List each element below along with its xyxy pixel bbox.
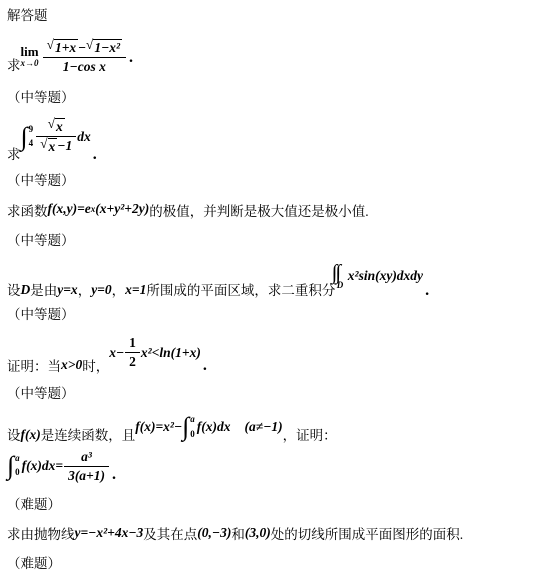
fraction: √ 1+x − √ 1−x² 1−cos x — [43, 39, 126, 75]
fraction-denominator: 1−cos x — [43, 57, 126, 75]
separator-comma: ， — [112, 282, 126, 300]
inequality-formula: x− 1 2 x² <ln(1+x) — [109, 335, 201, 370]
problem-3-pre-text: 求函数 — [7, 203, 48, 221]
limit-word: lim — [21, 45, 39, 58]
problem-4: 设 D 是由 y=x ， y=0 ， x=1 所围成的平面区域，求二重积分 ∫∫… — [7, 262, 550, 300]
integral-lower-bound: 0 — [15, 468, 20, 477]
double-integral-formula: ∫∫ D x²sin(xy)dxdy — [335, 262, 423, 290]
sqrt-symbol: √ — [47, 38, 54, 52]
difficulty-label-6: （难题） — [7, 496, 550, 514]
problem-4-pre-text: 设 — [7, 282, 21, 300]
fraction-denominator: √ x −1 — [36, 136, 76, 155]
function-rhs: (x+y²+2y) — [95, 201, 149, 217]
integral-operator: ∫ 9 4 — [21, 125, 34, 150]
fraction: √ x √ x −1 — [36, 118, 76, 155]
problem-7-post-text: 处的切线所围成平面图形的面积. — [271, 526, 463, 544]
denominator-rest: −1 — [57, 138, 72, 154]
problem-2-prefix: 求 — [7, 146, 21, 164]
integral-upper-bound: 9 — [29, 125, 34, 134]
boundary-equation-1: y=x — [57, 282, 77, 298]
integral-bounds: 9 4 — [28, 125, 34, 150]
difficulty-label-1: （中等题） — [7, 89, 550, 107]
sqrt-symbol: √ — [40, 137, 47, 151]
problem-1: 求 lim x→0 √ 1+x − √ 1−x² 1−cos — [7, 39, 550, 75]
integral-bounds: a 0 — [189, 415, 195, 440]
problem-5-pre-text: 证明：当 — [7, 358, 61, 376]
parabola-equation: y=−x²+4x−3 — [75, 525, 144, 541]
separator-comma: ， — [78, 282, 92, 300]
integral-upper-bound: a — [15, 454, 20, 463]
problem-6-mid-text-1: 是连续函数，且 — [41, 427, 136, 445]
inequality-lhs-1: x− — [109, 345, 124, 361]
difficulty-label-7: （难题） — [7, 555, 550, 573]
fraction-numerator: 1 — [125, 335, 140, 352]
equation-formula: f(x)=x²− ∫ a 0 f(x)dx (a≠−1) — [135, 415, 282, 440]
problem-1-formula: lim x→0 √ 1+x − √ 1−x² 1−cos x — [21, 39, 128, 75]
minus-operator: − — [78, 40, 86, 56]
problem-1-prefix: 求 — [7, 57, 21, 75]
radicand: 1−x² — [93, 39, 122, 56]
limit-subscript: x→0 — [21, 59, 39, 68]
region-symbol: D — [21, 282, 31, 298]
point-2: (3,0) — [245, 525, 271, 541]
problem-7-mid-text-2: 和 — [231, 526, 245, 544]
problem-2-formula: ∫ 9 4 √ x √ x −1 — [21, 118, 91, 155]
parameter-condition: (a≠−1) — [245, 419, 283, 435]
limit-operator: lim x→0 — [21, 45, 39, 68]
boundary-equation-3: x=1 — [125, 282, 146, 298]
fraction-numerator: √ 1+x − √ 1−x² — [43, 39, 126, 57]
integral-bounds: a 0 — [14, 454, 20, 479]
formula-period: . — [201, 357, 207, 375]
equation-rhs: f(x)dx — [197, 419, 231, 435]
problem-7-pre-text: 求由抛物线 — [7, 526, 75, 544]
difficulty-label-2: （中等题） — [7, 172, 550, 190]
fraction-denominator: 3(a+1) — [64, 466, 109, 484]
fraction-numerator: √ x — [36, 118, 76, 136]
worksheet-document: 解答题 求 lim x→0 √ 1+x − √ 1−x² — [0, 0, 554, 573]
differential: dx — [77, 129, 91, 145]
double-integral-operator: ∫∫ D — [335, 262, 344, 290]
problem-7: 求由抛物线 y=−x²+4x−3 及其在点 (0,−3) 和 (3,0) 处的切… — [7, 525, 550, 543]
integral-lower-bound: 4 — [29, 139, 34, 148]
integral-upper-bound: a — [190, 415, 195, 424]
problem-4-mid-text-2: 所围成的平面区域，求二重积分 — [146, 282, 335, 300]
function-name: f(x) — [21, 427, 41, 443]
sqrt-symbol: √ — [48, 117, 55, 131]
function-lhs: f(x,y)=e — [48, 201, 91, 217]
inequality-rhs: <ln(1+x) — [152, 345, 201, 361]
problem-6-line-1: 设 f(x) 是连续函数，且 f(x)=x²− ∫ a 0 f(x)dx (a≠… — [7, 415, 550, 445]
difficulty-label-5: （中等题） — [7, 385, 550, 403]
fraction-numerator: a³ — [64, 449, 109, 466]
sqrt-term: √ 1+x — [47, 39, 79, 56]
integral-symbol: ∫ — [7, 454, 14, 479]
radicand: 1+x — [54, 39, 78, 56]
problem-6-mid-text-2: ，证明： — [283, 427, 337, 445]
problem-3-post-text: 的极值，并判断是极大值还是极小值. — [149, 203, 368, 221]
fraction: 1 2 — [125, 335, 140, 370]
page-title: 解答题 — [7, 7, 550, 25]
fraction: a³ 3(a+1) — [64, 449, 109, 484]
double-integral-region: D — [337, 281, 344, 290]
difficulty-label-3: （中等题） — [7, 232, 550, 250]
problem-3: 求函数 f(x,y)=ex(x+y²+2y) 的极值，并判断是极大值还是极小值. — [7, 201, 550, 220]
point-1: (0,−3) — [197, 525, 231, 541]
sqrt-term: √ x — [48, 118, 65, 135]
integral-operator: ∫ a 0 — [182, 415, 195, 440]
equation-lhs: f(x)=x²− — [135, 419, 182, 435]
integral-lower-bound: 0 — [190, 430, 195, 439]
problem-5: 证明：当 x>0 时， x− 1 2 x² <ln(1+x) . — [7, 335, 550, 375]
difficulty-label-4: （中等题） — [7, 306, 550, 324]
condition: x>0 — [61, 357, 82, 373]
conclusion-lhs: f(x)dx= — [22, 458, 63, 474]
formula-period: . — [91, 146, 97, 164]
problem-7-mid-text-1: 及其在点 — [143, 526, 197, 544]
sqrt-term: √ x — [40, 138, 57, 155]
formula-period: . — [127, 49, 133, 67]
inequality-lhs-2: x² — [141, 345, 152, 361]
integral-operator: ∫ a 0 — [7, 454, 20, 479]
problem-5-mid-text: 时， — [82, 358, 109, 376]
conclusion-formula: ∫ a 0 f(x)dx= a³ 3(a+1) — [7, 449, 110, 484]
problem-4-mid-text-1: 是由 — [30, 282, 57, 300]
sqrt-symbol: √ — [86, 38, 93, 52]
radicand: x — [55, 118, 65, 135]
fraction-denominator: 2 — [125, 352, 140, 370]
boundary-equation-2: y=0 — [91, 282, 111, 298]
problem-6-line-2: ∫ a 0 f(x)dx= a³ 3(a+1) . — [7, 449, 550, 484]
problem-3-formula: f(x,y)=ex(x+y²+2y) — [48, 201, 150, 217]
radicand: x — [48, 138, 58, 155]
problem-2: 求 ∫ 9 4 √ x √ x — [7, 118, 550, 163]
formula-period: . — [423, 282, 429, 300]
formula-period: . — [110, 466, 116, 484]
integral-symbol: ∫ — [21, 125, 28, 150]
integral-symbol: ∫ — [182, 415, 189, 440]
integrand: x²sin(xy)dxdy — [348, 268, 423, 284]
problem-6-pre-text: 设 — [7, 427, 21, 445]
sqrt-term: √ 1−x² — [86, 39, 122, 56]
